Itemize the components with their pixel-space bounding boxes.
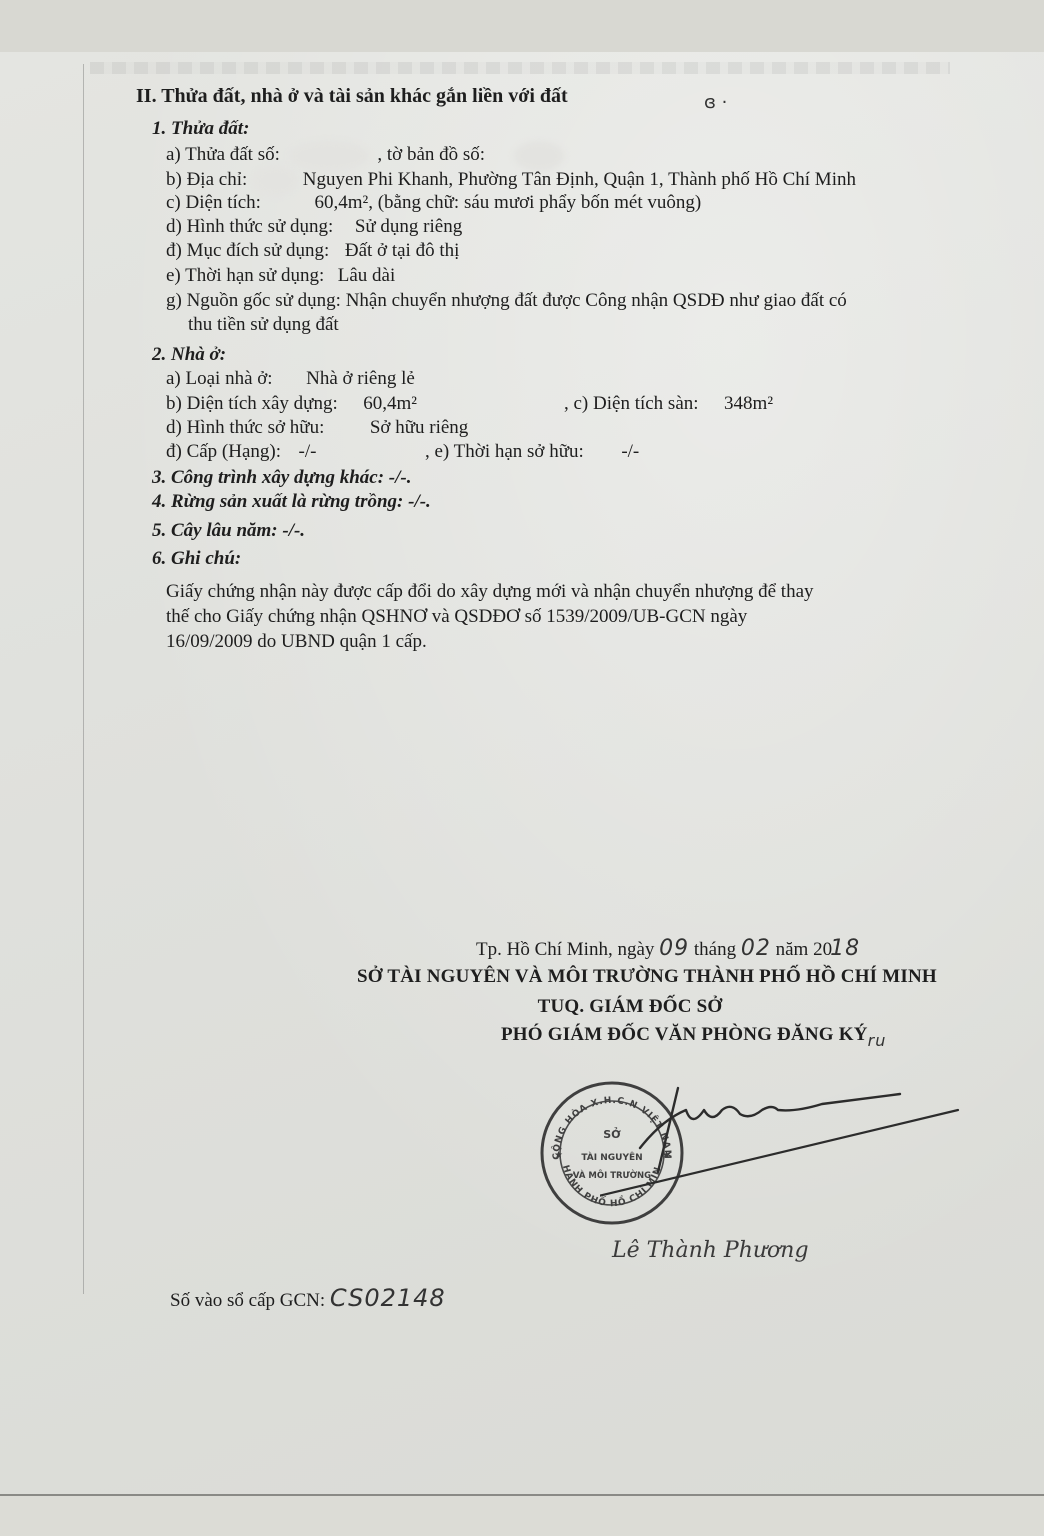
- year-label: năm 20: [776, 939, 832, 960]
- land-purpose-row: đ) Mục đích sử dụng: Đất ở tại đô thị: [166, 240, 459, 262]
- handwritten-day: 09: [659, 936, 689, 961]
- land-use-form-row: d) Hình thức sử dụng: Sử dụng riêng: [166, 216, 462, 238]
- house-type-value: Nhà ở riêng lẻ: [306, 368, 415, 389]
- term-label: e) Thời hạn sử dụng:: [166, 265, 324, 286]
- map-sheet-label: , tờ bản đồ số:: [377, 144, 485, 165]
- handwritten-year-suffix: 18: [830, 936, 860, 961]
- purpose-label: đ) Mục đích sử dụng:: [166, 240, 329, 261]
- floor-area-value: 348m²: [724, 393, 773, 414]
- house-heading: 2. Nhà ở:: [152, 344, 226, 366]
- notes-line-3: 16/09/2009 do UBND quận 1 cấp.: [166, 631, 427, 653]
- handwritten-signature: [600, 1080, 960, 1200]
- on-behalf-of: TUQ. GIÁM ĐỐC SỞ: [420, 996, 840, 1018]
- land-area-row: c) Diện tích: 60,4m², (bằng chữ: sáu mươ…: [166, 192, 701, 214]
- place-prefix: Tp. Hồ Chí Minh, ngày: [476, 939, 654, 960]
- address-value: Nguyen Phi Khanh, Phường Tân Định, Quận …: [303, 169, 856, 190]
- building-area-value: 60,4m²: [363, 393, 417, 414]
- handwritten-month: 02: [741, 936, 771, 961]
- ownership-term-cell: , e) Thời hạn sở hữu: -/-: [425, 441, 639, 463]
- notes-line-2: thế cho Giấy chứng nhận QSHNƠ và QSDĐƠ s…: [166, 606, 747, 628]
- house-area-row: b) Diện tích xây dựng: 60,4m²: [166, 393, 417, 415]
- address-label: b) Địa chỉ:: [166, 169, 247, 190]
- signer-name: Lê Thành Phương: [612, 1238, 809, 1263]
- notes-line-1: Giấy chứng nhận này được cấp đổi do xây …: [166, 581, 814, 603]
- building-area-label: b) Diện tích xây dựng:: [166, 393, 338, 414]
- notes-heading: 6. Ghi chú:: [152, 548, 241, 570]
- house-type-label: a) Loại nhà ở:: [166, 368, 273, 389]
- redacted-parcel-number: [289, 141, 369, 171]
- grade-value: -/-: [299, 441, 317, 462]
- floor-area-cell: , c) Diện tích sàn: 348m²: [564, 393, 773, 415]
- ownership-term-value: -/-: [621, 441, 639, 462]
- origin-label: g) Nguồn gốc sử dụng:: [166, 290, 341, 311]
- certificate-page: [0, 52, 1044, 1496]
- term-value: Lâu dài: [338, 265, 396, 286]
- other-constructions: 3. Công trình xây dựng khác: -/-.: [152, 467, 411, 489]
- signatory-title: PHÓ GIÁM ĐỐC VĂN PHÒNG ĐĂNG KÝru: [501, 1024, 886, 1052]
- grade-label: đ) Cấp (Hạng):: [166, 441, 281, 462]
- land-origin-row: g) Nguồn gốc sử dụng: Nhận chuyển nhượng…: [166, 290, 847, 312]
- use-form-label: d) Hình thức sử dụng:: [166, 216, 333, 237]
- handwritten-initials: ru: [868, 1031, 887, 1050]
- bleed-through-text: [90, 62, 950, 74]
- signatory-title-text: PHÓ GIÁM ĐỐC VĂN PHÒNG ĐĂNG KÝ: [501, 1024, 868, 1045]
- floor-area-label: , c) Diện tích sàn:: [564, 393, 699, 414]
- area-label: c) Diện tích:: [166, 192, 261, 213]
- production-forest: 4. Rừng sản xuất là rừng trồng: -/-.: [152, 491, 431, 513]
- parcel-number-label: a) Thửa đất số:: [166, 144, 280, 165]
- register-number-label: Số vào sổ cấp GCN:: [170, 1290, 325, 1311]
- purpose-value: Đất ở tại đô thị: [345, 240, 460, 261]
- house-type-row: a) Loại nhà ở: Nhà ở riêng lẻ: [166, 368, 415, 390]
- issuing-organization: SỞ TÀI NGUYÊN VÀ MÔI TRƯỜNG THÀNH PHỐ HỒ…: [357, 966, 937, 988]
- perennial-trees: 5. Cây lâu năm: -/-.: [152, 520, 305, 542]
- ownership-label: d) Hình thức sở hữu:: [166, 417, 324, 438]
- ink-mark-icon: ɞ ·: [704, 92, 727, 113]
- land-origin-continuation: thu tiền sử dụng đất: [188, 314, 339, 336]
- use-form-value: Sử dụng riêng: [355, 216, 462, 237]
- month-label: tháng: [694, 939, 736, 960]
- redacted-map-sheet: [514, 141, 564, 171]
- register-number-row: Số vào sổ cấp GCN: CS02148: [170, 1287, 446, 1312]
- ownership-value: Sở hữu riêng: [370, 417, 468, 438]
- ownership-term-label: , e) Thời hạn sở hữu:: [425, 441, 584, 462]
- origin-value: Nhận chuyển nhượng đất được Công nhận QS…: [346, 290, 847, 311]
- land-term-row: e) Thời hạn sử dụng: Lâu dài: [166, 265, 395, 287]
- land-address-row: b) Địa chỉ: Nguyen Phi Khanh, Phường Tân…: [166, 169, 856, 191]
- section-title: II. Thửa đất, nhà ở và tài sản khác gắn …: [136, 85, 568, 107]
- svg-text:★: ★: [554, 1150, 563, 1161]
- page-margin-line: [83, 64, 84, 1294]
- house-ownership-row: d) Hình thức sở hữu: Sở hữu riêng: [166, 417, 468, 439]
- area-value: 60,4m², (bằng chữ: sáu mươi phẩy bốn mét…: [314, 192, 701, 213]
- register-number-value: CS02148: [330, 1284, 446, 1312]
- land-parcel-row: a) Thửa đất số: , tờ bản đồ số:: [166, 144, 568, 166]
- signing-date: Tp. Hồ Chí Minh, ngày 09 tháng 02 năm 20…: [476, 938, 860, 961]
- house-grade-row: đ) Cấp (Hạng): -/-: [166, 441, 316, 463]
- land-heading: 1. Thửa đất:: [152, 118, 249, 140]
